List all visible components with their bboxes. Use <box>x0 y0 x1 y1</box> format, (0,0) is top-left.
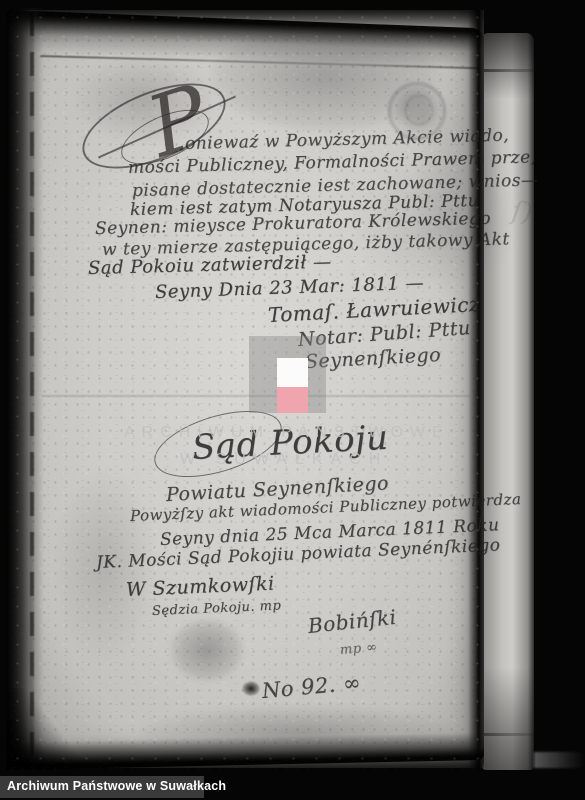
ink-smudge <box>170 618 244 682</box>
page-left-edge <box>6 8 44 768</box>
page-edge-streak <box>534 752 585 768</box>
page-crease <box>42 395 470 397</box>
archival-scan-viewer: P oniewaź w Powyższym Akcie wiado,mości … <box>0 0 585 800</box>
archive-name-bar: Archiwum Państwowe w Suwałkach <box>0 776 204 798</box>
page-corner-shadow <box>6 688 84 770</box>
page-gutter-crease <box>468 10 484 768</box>
archive-name-label: Archiwum Państwowe w Suwałkach <box>0 776 204 793</box>
ink-blot <box>242 681 260 696</box>
stamp-inner-circle <box>405 95 433 125</box>
round-ink-stamp <box>388 82 446 140</box>
page-fold-line <box>482 733 534 736</box>
page-fold-line <box>482 69 534 72</box>
page-left-torn-edge <box>30 12 34 764</box>
next-page-edge <box>482 33 534 770</box>
